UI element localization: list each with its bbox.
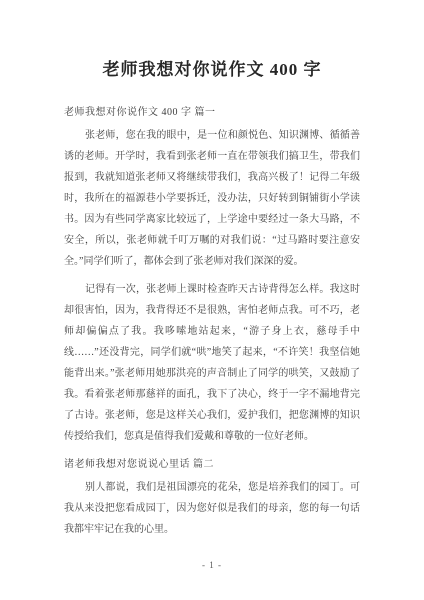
section-one-paragraph-2: 记得有一次，张老师上课时检查昨天古诗背得怎么样。我这时却很害怕，因为，我背得还不… bbox=[64, 279, 360, 447]
page-number: - 1 - bbox=[0, 560, 424, 570]
document-title: 老师我想对你说作文 400 字 bbox=[64, 58, 360, 81]
section-two-heading: 诸老师我想对您说说心里话 篇二 bbox=[64, 454, 360, 475]
essay-section-one: 老师我想对你说作文 400 字 篇一 张老师，您在我的眼中，是一位和颜悦色、知识… bbox=[64, 102, 360, 447]
document-page: 老师我想对你说作文 400 字 老师我想对你说作文 400 字 篇一 张老师，您… bbox=[0, 0, 424, 600]
section-one-paragraph-1: 张老师，您在我的眼中，是一位和颜悦色、知识渊博、循循善诱的老师。开学时，我看到张… bbox=[64, 125, 360, 272]
essay-section-two: 诸老师我想对您说说心里话 篇二 别人都说，我们是祖国漂亮的花朵，您是培养我们的园… bbox=[64, 454, 360, 540]
section-one-heading: 老师我想对你说作文 400 字 篇一 bbox=[64, 102, 360, 123]
section-two-paragraph-1: 别人都说，我们是祖国漂亮的花朵，您是培养我们的园丁。可我从来没把您看成园丁，因为… bbox=[64, 477, 360, 540]
